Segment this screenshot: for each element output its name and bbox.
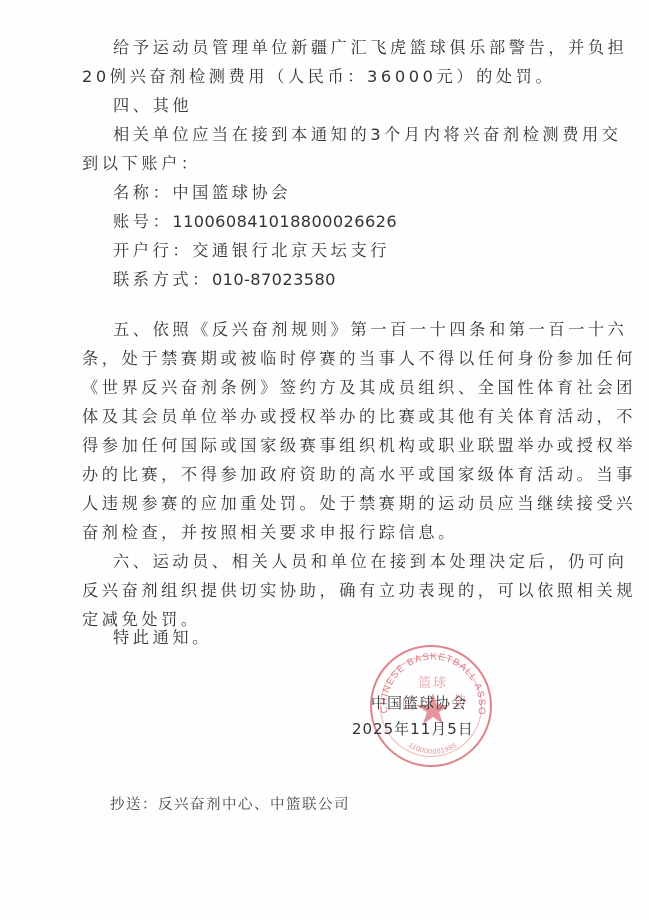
account-number-row: 账号：110060841018800026626 xyxy=(113,212,613,232)
para-payment-line-1: 相关单位应当在接到本通知的3个月内将兴奋剂检测费用交 xyxy=(113,125,613,145)
para-penalty-line-2: 20例兴奋剂检测费用（人民币：36000元）的处罚。 xyxy=(82,67,582,87)
signature-date: 2025年11月5日 xyxy=(352,718,474,739)
svg-text:篮球: 篮球 xyxy=(418,675,448,691)
cc-recipients: 抄送：反兴奋剂中心、中篮联公司 xyxy=(110,793,350,814)
contact-label: 联系方式： xyxy=(113,270,212,289)
para-payment-line-2: 到以下账户： xyxy=(82,154,582,174)
section-5-line-6: 办的比赛，不得参加政府资助的高水平或国家级体育活动。当事 xyxy=(82,465,582,485)
section-5-line-2: 条，处于禁赛期或被临时停赛的当事人不得以任何身份参加任何 xyxy=(82,349,582,369)
section-5-line-5: 得参加任何国际或国家级赛事组织机构或职业联盟举办或授权举 xyxy=(82,436,582,456)
section-5-line-7: 人违规参赛的应加重处罚。处于禁赛期的运动员应当继续接受兴 xyxy=(82,494,582,514)
account-name-value: 中国篮球协会 xyxy=(172,183,291,202)
account-name-label: 名称： xyxy=(113,183,172,202)
svg-text:110000001985: 110000001985 xyxy=(407,742,459,756)
signature-organization: 中国篮球协会 xyxy=(371,692,467,713)
section-5-line-8: 奋剂检查，并按照相关要求申报行踪信息。 xyxy=(82,523,582,543)
bank-row: 开户行：交通银行北京天坛支行 xyxy=(113,241,613,261)
section-6-line-2: 反兴奋剂组织提供切实协助，确有立功表现的，可以依照相关规 xyxy=(82,581,582,601)
section-5-line-4: 体及其会员单位举办或授权举办的比赛或其他有关体育活动，不 xyxy=(82,407,582,427)
section-6-line-3: 定减免处罚。 xyxy=(82,610,582,630)
account-name-row: 名称：中国篮球协会 xyxy=(113,183,613,203)
account-number-value: 110060841018800026626 xyxy=(172,212,397,231)
bank-label: 开户行： xyxy=(113,241,192,260)
section-5-line-3: 《世界反兴奋剂条例》签约方及其成员组织、全国性体育社会团 xyxy=(82,378,582,398)
section-5-line-1: 五、依照《反兴奋剂规则》第一百一十四条和第一百一十六 xyxy=(113,320,613,340)
document-page: 给予运动员管理单位新疆广汇飞虎篮球俱乐部警告，并负担 20例兴奋剂检测费用（人民… xyxy=(0,0,650,920)
section-4-heading: 四、其他 xyxy=(113,96,613,116)
section-6-line-1: 六、运动员、相关人员和单位在接到本处理决定后，仍可向 xyxy=(113,552,613,572)
closing-line: 特此通知。 xyxy=(113,628,613,648)
para-penalty-line-1: 给予运动员管理单位新疆广汇飞虎篮球俱乐部警告，并负担 xyxy=(113,38,613,58)
contact-row: 联系方式：010-87023580 xyxy=(113,270,613,290)
bank-value: 交通银行北京天坛支行 xyxy=(192,241,390,260)
contact-value: 010-87023580 xyxy=(212,270,336,289)
account-number-label: 账号： xyxy=(113,212,172,231)
